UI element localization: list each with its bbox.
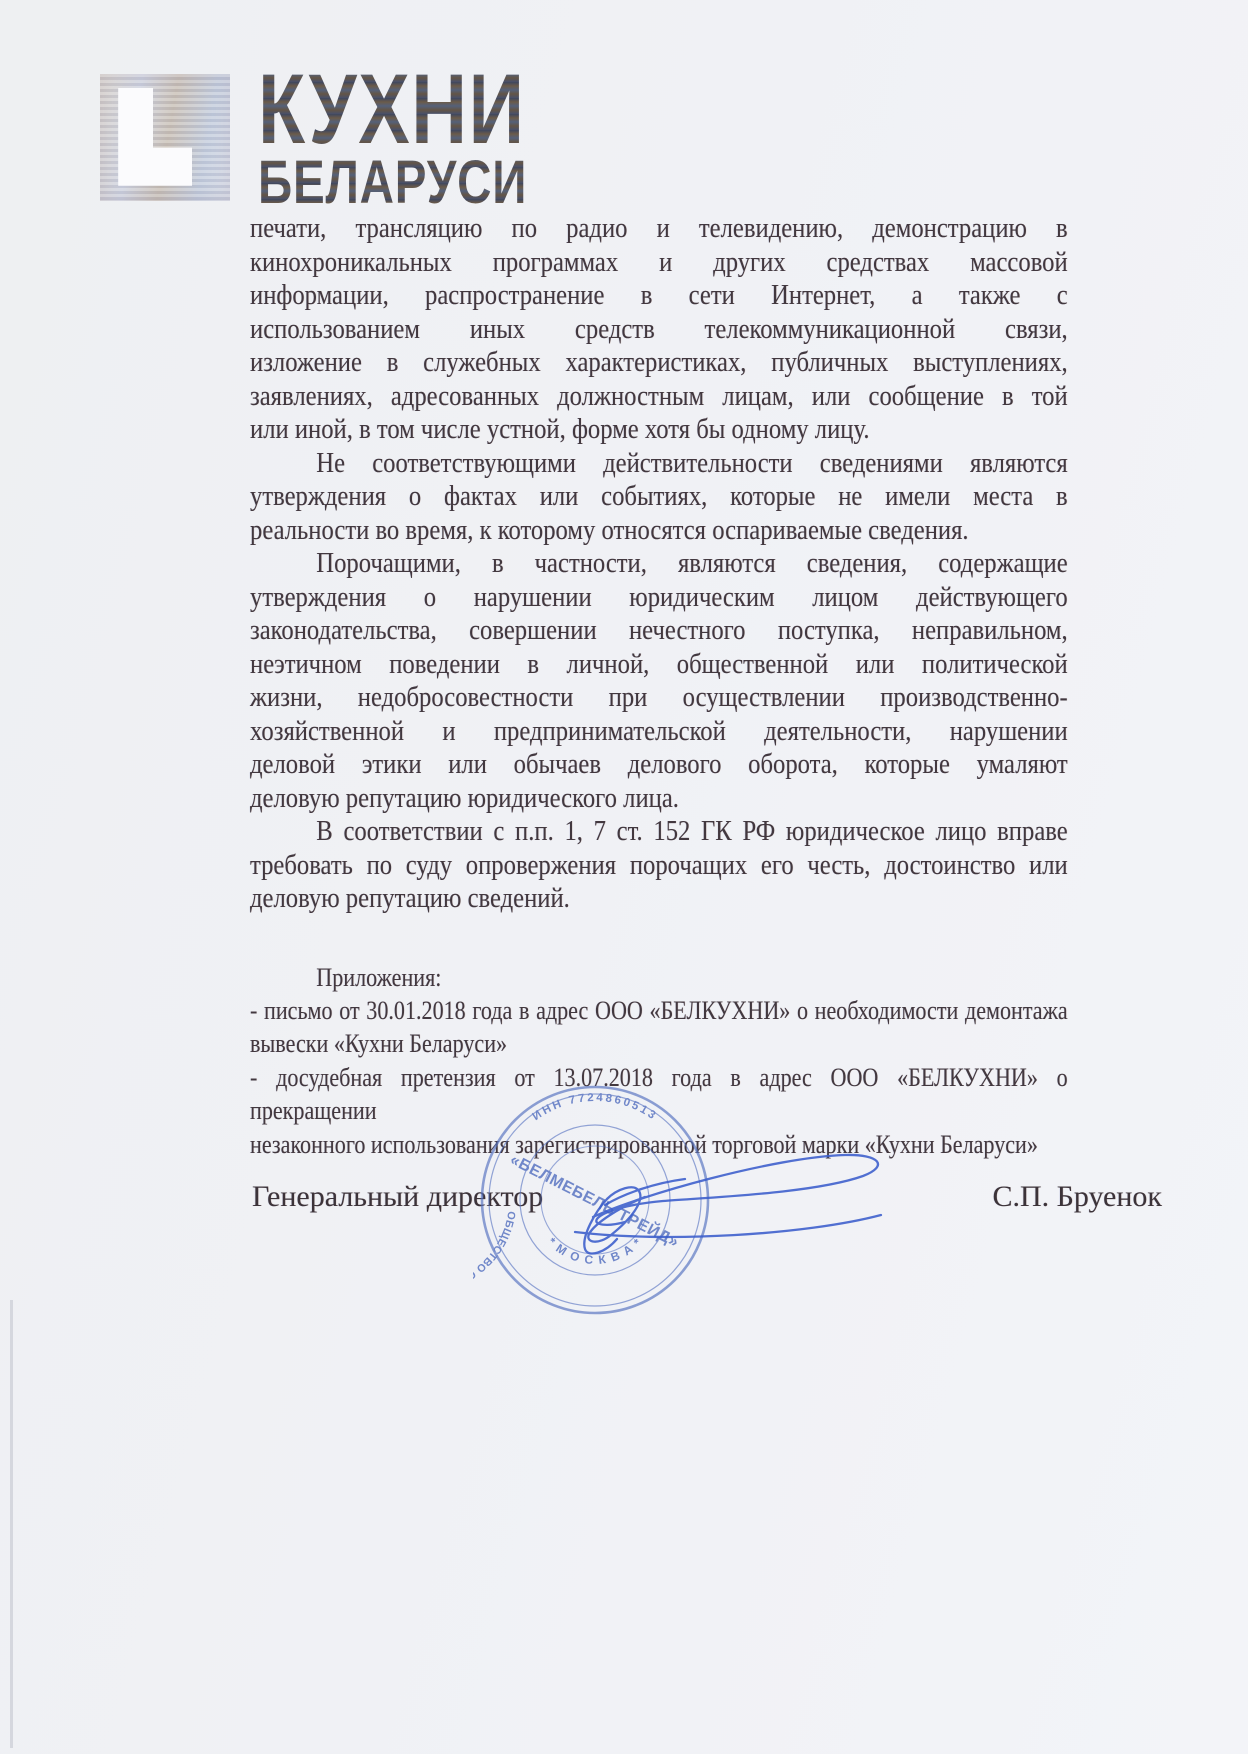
text-line: неэтичном поведении в личной, общественн… (250, 648, 1068, 682)
text-line: Не соответствующими действительности све… (250, 447, 1068, 481)
text-line: утверждения о нарушении юридическим лицо… (250, 581, 1068, 615)
attachments-title: Приложения: (250, 961, 1068, 994)
document-page: КУХНИ БЕЛАРУСИ печати, трансляцию по рад… (0, 0, 1248, 1754)
text-line: реальности во время, к которому относятс… (250, 514, 1068, 548)
text-line: требовать по суду опровержения порочащих… (250, 849, 1068, 883)
logo-mark (100, 74, 230, 201)
text-line: деловую репутацию юридического лица. (250, 782, 1068, 816)
paragraph: печати, трансляцию по радио и телевидени… (250, 212, 1068, 447)
text-line: жизни, недобросовестности при осуществле… (250, 681, 1068, 715)
text-line: деловой этики или обычаев делового оборо… (250, 748, 1068, 782)
company-logo: КУХНИ БЕЛАРУСИ (100, 66, 603, 213)
handwritten-signature (545, 1135, 925, 1275)
signer-name: С.П. Бруенок (992, 1180, 1162, 1214)
attachment-item-line: вывески «Кухни Беларуси» (250, 1027, 1068, 1060)
text-line: печати, трансляцию по радио и телевидени… (250, 212, 1068, 246)
text-line: деловую репутацию сведений. (250, 882, 1068, 916)
text-line: кинохроникальных программах и других сре… (250, 246, 1068, 280)
text-line: заявлениях, адресованных должностным лиц… (250, 380, 1068, 414)
text-line: Порочащими, в частности, являются сведен… (250, 547, 1068, 581)
text-line: В соответствии с п.п. 1, 7 ст. 152 ГК РФ… (250, 815, 1068, 849)
attachment-item-line: - письмо от 30.01.2018 года в адрес ООО … (250, 994, 1068, 1027)
text-line: утверждения о фактах или событиях, котор… (250, 480, 1068, 514)
paragraph: Не соответствующими действительности све… (250, 447, 1068, 548)
text-line: законодательства, совершении нечестного … (250, 614, 1068, 648)
scan-artifact-line (10, 1300, 13, 1748)
paragraph: В соответствии с п.п. 1, 7 ст. 152 ГК РФ… (250, 815, 1068, 916)
logo-wordmark-line2: БЕЛАРУСИ (258, 151, 527, 213)
logo-letter-l-icon (118, 88, 192, 186)
text-line: хозяйственной и предпринимательской деят… (250, 715, 1068, 749)
body-text: печати, трансляцию по радио и телевидени… (250, 212, 1068, 1161)
paragraph: Порочащими, в частности, являются сведен… (250, 547, 1068, 815)
text-line: информации, распространение в сети Интер… (250, 279, 1068, 313)
stamp-company-ring-text: ОБЩЕСТВО С ОГРАНИЧЕННОЙ ОТВЕТСТВЕННОСТЬЮ… (473, 1105, 517, 1295)
text-line: или иной, в том числе устной, форме хотя… (250, 413, 1068, 447)
text-line: использованием иных средств телекоммуник… (250, 313, 1068, 347)
logo-wordmark-line1: КУХНИ (258, 66, 527, 151)
text-line: изложение в служебных характеристиках, п… (250, 346, 1068, 380)
logo-wordmark: КУХНИ БЕЛАРУСИ (258, 66, 527, 213)
